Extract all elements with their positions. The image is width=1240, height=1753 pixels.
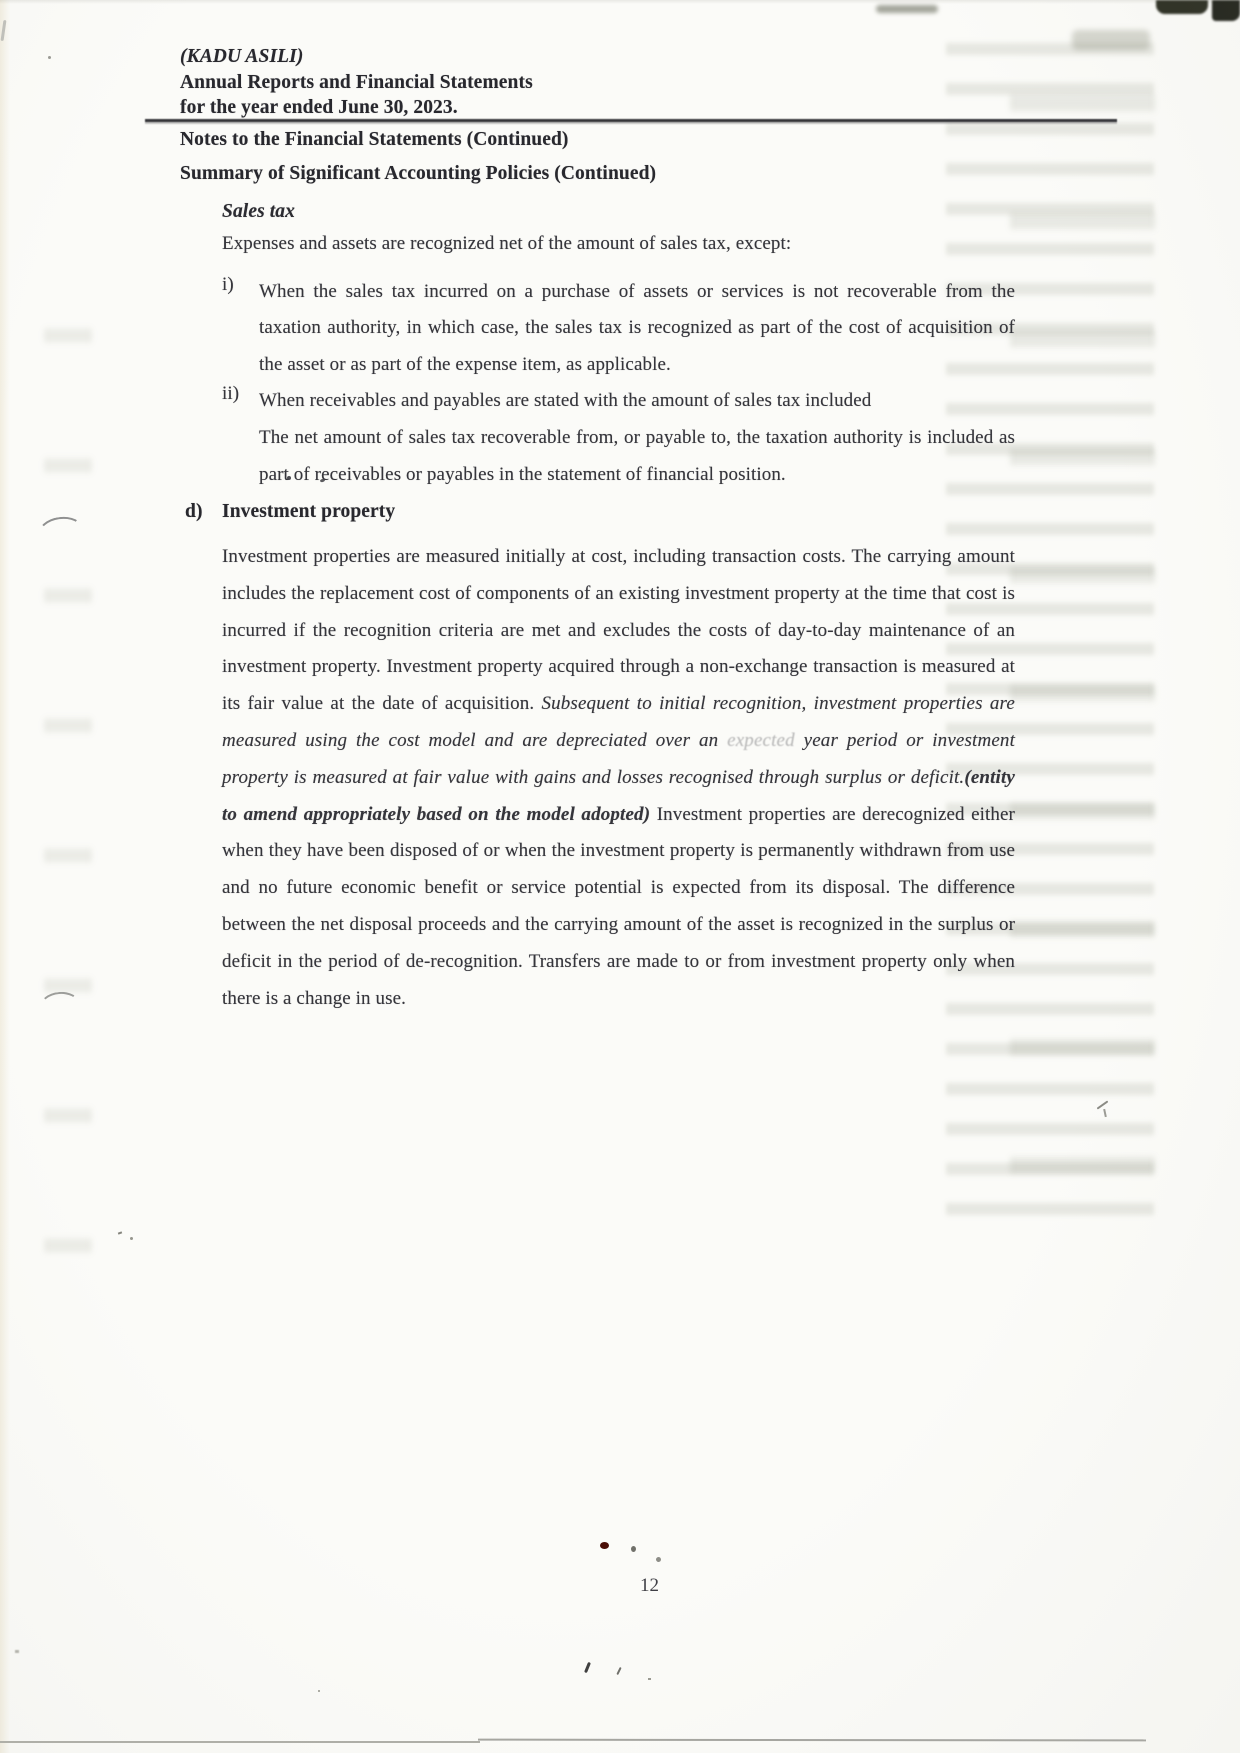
list-marker: ii) <box>222 383 239 405</box>
list-item-text: When the sales tax incurred on a purchas… <box>259 274 1015 383</box>
red-ink-dot <box>600 1542 609 1549</box>
stray-pen-mark <box>1097 1100 1109 1109</box>
sales-tax-item-ii-continuation: The net amount of sales tax recoverable … <box>259 420 1015 494</box>
scan-speck <box>15 1650 19 1653</box>
investment-property-heading: d)Investment property <box>185 501 395 523</box>
document-header: (KADU ASILI) Annual Reports and Financia… <box>180 44 533 121</box>
paragraph-faint-word: expected <box>727 730 795 751</box>
pen-arc-mark <box>36 514 86 551</box>
scan-speck <box>130 1237 133 1240</box>
scan-bottom-edge-line <box>0 1741 480 1743</box>
header-rule <box>145 119 1117 122</box>
paragraph-text: Investment properties are derecognized e… <box>222 804 1015 1009</box>
stray-pen-mark <box>1103 1109 1107 1117</box>
paper-left-edge <box>0 0 10 1753</box>
scan-speck <box>48 56 51 59</box>
stray-pen-tick <box>616 1667 621 1675</box>
scan-speck <box>655 1556 661 1562</box>
list-marker: i) <box>222 274 234 296</box>
paragraph-text: Investment properties are measured initi… <box>222 546 1015 714</box>
sales-tax-item-ii: ii) When receivables and payables are st… <box>222 383 1015 419</box>
report-title-line2: for the year ended June 30, 2023. <box>180 95 533 121</box>
scan-speck <box>648 1678 651 1680</box>
organization-name: (KADU ASILI) <box>180 44 533 70</box>
bleed-through-left-column <box>44 268 92 1308</box>
stray-pen-tick <box>584 1662 591 1673</box>
scan-speck <box>631 1546 636 1552</box>
bleed-through-header-smudge <box>1072 30 1150 50</box>
investment-property-paragraph: Investment properties are measured initi… <box>222 539 1015 1017</box>
scan-bottom-edge-line <box>478 1739 1146 1742</box>
scan-speck <box>318 1690 320 1692</box>
sales-tax-item-i: i) When the sales tax incurred on a purc… <box>222 274 1015 383</box>
list-item-text: When receivables and payables are stated… <box>259 383 1015 419</box>
scanned-document-page: (KADU ASILI) Annual Reports and Financia… <box>0 0 1240 1753</box>
bleed-through-header-smudge <box>876 5 938 13</box>
page-number: 12 <box>640 1575 659 1597</box>
pen-arc-mark <box>39 990 81 1020</box>
notes-section-title: Notes to the Financial Statements (Conti… <box>180 129 569 151</box>
sales-tax-intro: Expenses and assets are recognized net o… <box>222 233 791 255</box>
list-marker: d) <box>185 501 222 523</box>
stray-pen-tick <box>118 1231 122 1234</box>
bleed-through-right-column-2 <box>1010 46 1155 1196</box>
sales-tax-heading: Sales tax <box>222 201 295 223</box>
heading-text: Investment property <box>222 501 395 522</box>
summary-section-title: Summary of Significant Accounting Polici… <box>180 163 656 185</box>
paper-top-edge <box>0 0 1240 4</box>
report-title-line1: Annual Reports and Financial Statements <box>180 70 533 96</box>
